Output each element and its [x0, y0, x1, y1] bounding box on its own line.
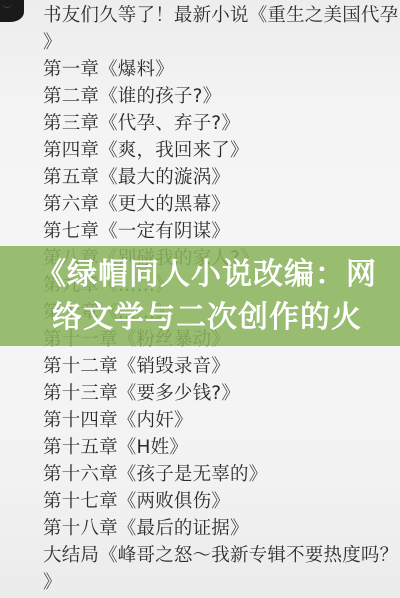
- chapter-3: 第三章《代孕、弃子?》: [43, 110, 400, 137]
- chapter-4: 第四章《爽，我回来了》: [43, 137, 400, 164]
- chapter-2: 第二章《谁的孩子?》: [43, 83, 400, 110]
- intro-close: 》: [43, 29, 400, 56]
- finale-line: 大结局《峰哥之怒～我新专辑不要热度吗？: [43, 542, 400, 569]
- user-avatar[interactable]: [0, 0, 24, 22]
- banner-title-line-2: 络文学与二次创作的火: [52, 296, 386, 339]
- chapter-6: 第六章《更大的黑幕》: [43, 191, 400, 218]
- chapter-13: 第十三章《要多少钱?》: [43, 380, 400, 407]
- banner-title-line-1: 《绿帽同人小说改编：网: [36, 253, 386, 296]
- chapter-12: 第十二章《销毁录音》: [43, 353, 400, 380]
- chapter-7: 第七章《一定有阴谋》: [43, 218, 400, 245]
- intro-line: 书友们久等了！最新小说《重生之美国代孕: [43, 2, 400, 29]
- chapter-14: 第十四章《内奸》: [43, 407, 400, 434]
- chapter-5: 第五章《最大的漩涡》: [43, 164, 400, 191]
- chapter-17: 第十七章《两败俱伤》: [43, 488, 400, 515]
- finale-close: 》: [43, 569, 400, 596]
- chapter-1: 第一章《爆料》: [43, 56, 400, 83]
- chapter-15: 第十五章《H姓》: [43, 434, 400, 461]
- chapter-16: 第十六章《孩子是无辜的》: [43, 461, 400, 488]
- banner-title: 《绿帽同人小说改编：网 络文学与二次创作的火: [36, 253, 386, 339]
- chapter-18: 第十八章《最后的证据》: [43, 515, 400, 542]
